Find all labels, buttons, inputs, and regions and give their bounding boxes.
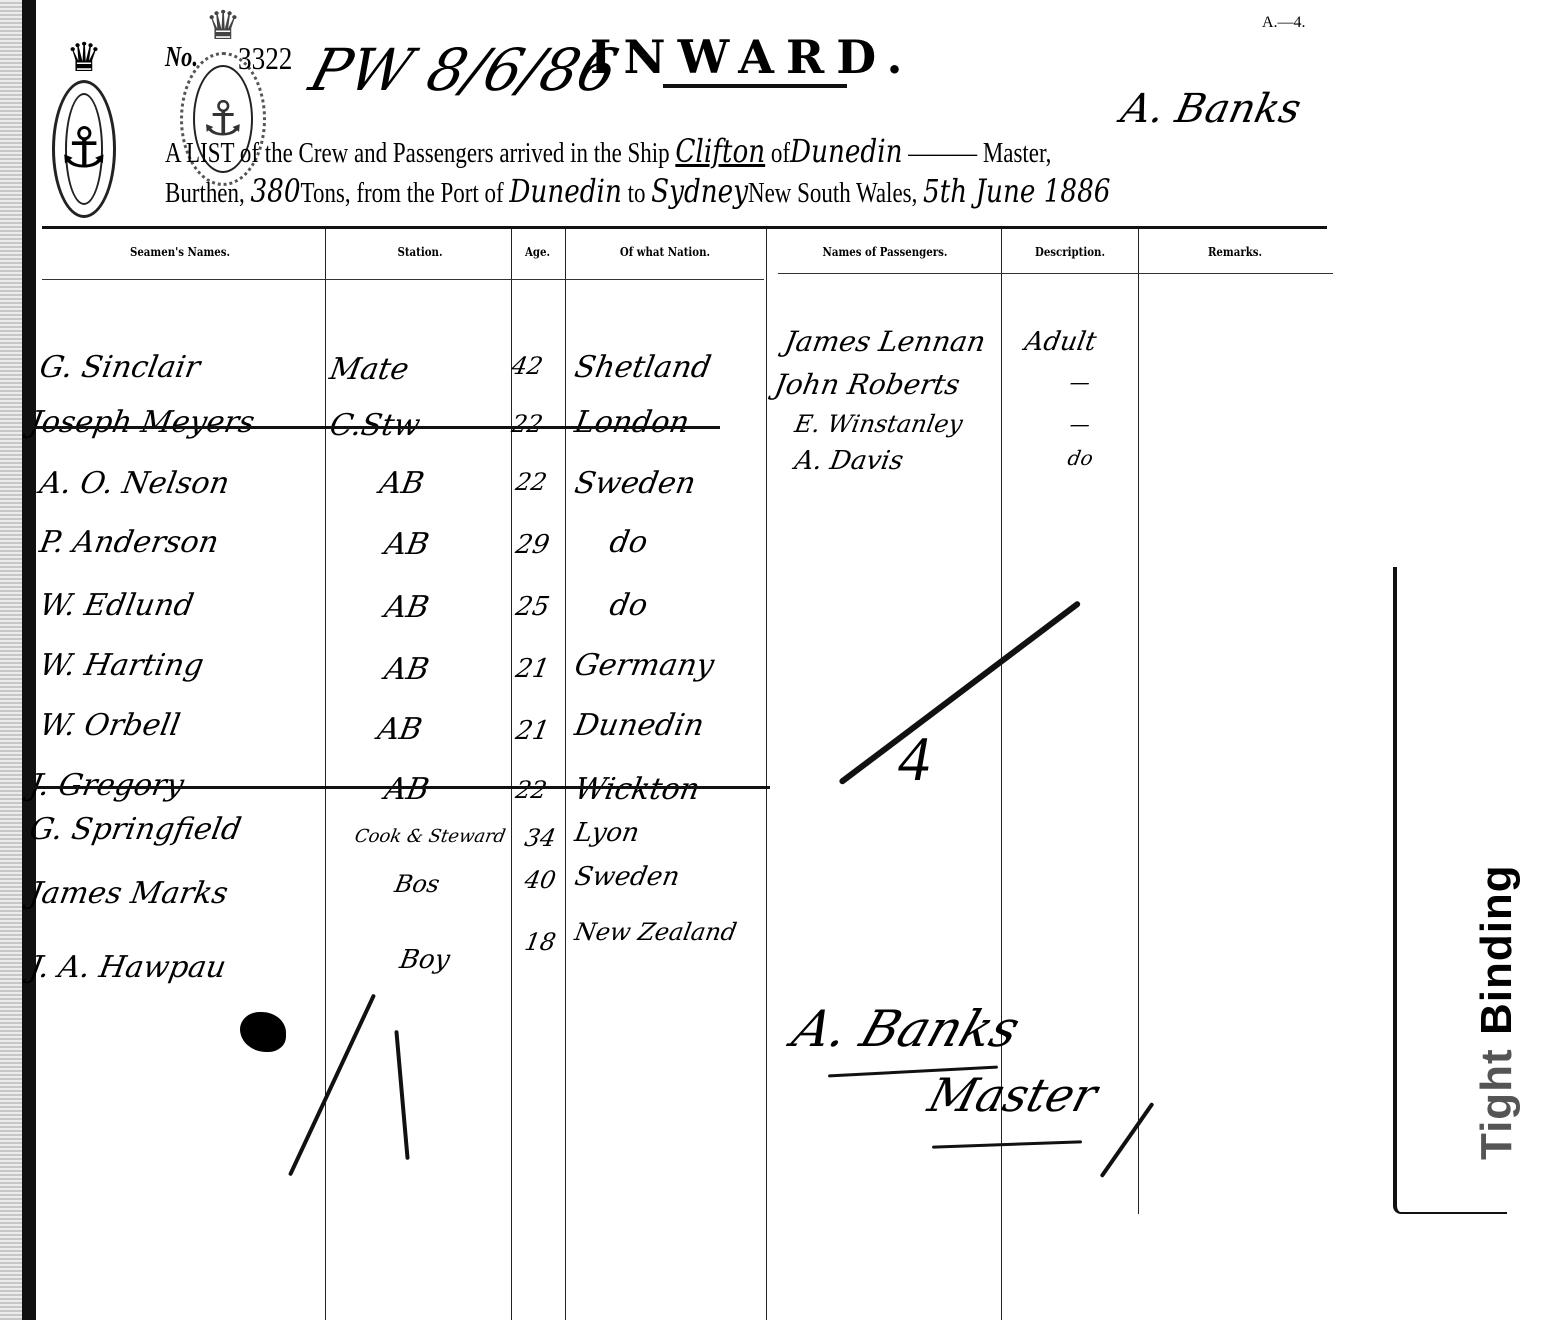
seaman-age: 29 [513, 530, 551, 560]
passenger-description: — [1068, 370, 1092, 394]
seaman-age: 21 [513, 654, 551, 684]
column-divider [565, 229, 566, 1320]
seaman-station: AB [375, 712, 425, 747]
master-label: Master, [983, 138, 1052, 169]
seaman-nation: Lyon [572, 818, 641, 848]
pen-scrawl [394, 1030, 409, 1160]
passenger-description: — [1068, 412, 1092, 436]
seaman-name: W. Harting [37, 648, 206, 683]
seaman-station: AB [382, 590, 432, 625]
signature-title-underline [932, 1140, 1082, 1148]
seaman-nation: New Zealand [573, 918, 739, 946]
tons-label: Tons, from the Port of [301, 178, 504, 209]
header-remarks: Remarks. [1176, 245, 1295, 259]
seaman-age: 22 [514, 776, 549, 804]
seaman-station: Boy [397, 945, 452, 975]
seaman-station: AB [382, 652, 432, 687]
seaman-nation: London [572, 405, 692, 440]
seaman-nation: Sweden [572, 466, 698, 501]
seaman-age: 18 [523, 928, 558, 956]
seaman-station: Bos [393, 870, 442, 898]
seaman-station: AB [377, 466, 427, 501]
strikethrough [30, 426, 720, 429]
crown-icon: ♛ [205, 3, 241, 49]
column-divider [325, 229, 326, 1320]
burthen-label: Burthen, [165, 178, 245, 209]
seaman-age: 22 [514, 468, 549, 496]
master-signature: A. Banks [786, 1000, 1027, 1058]
master-name: A. Banks [1117, 86, 1305, 132]
passenger-name: E. Winstanley [793, 410, 965, 438]
tight-binding-faded-word: Tight [1472, 1048, 1521, 1160]
page-title: INWARD. [590, 30, 914, 84]
seaman-station: AB [382, 772, 432, 807]
seaman-name: W. Edlund [37, 588, 196, 623]
header-description: Description. [1028, 245, 1113, 259]
region: New South Wales, [748, 178, 917, 209]
ship-name: Clifton [675, 132, 765, 170]
seaman-name: P. Anderson [37, 525, 221, 560]
shipping-masters-seal: ♛ ⚓ [52, 80, 116, 218]
crown-icon: ♛ [66, 35, 102, 81]
passenger-description: do [1066, 446, 1095, 470]
seaman-station: Mate [327, 352, 412, 387]
seaman-station: AB [382, 527, 432, 562]
closing-slash-mark [838, 600, 1081, 785]
from-port: Dunedin [509, 172, 621, 210]
seaman-nation: Wickton [572, 772, 702, 807]
seaman-nation: do [607, 525, 650, 560]
seaman-nation: Germany [572, 648, 717, 683]
pen-flourish [1100, 1102, 1155, 1178]
header-line-2: Burthen, 380Tons, from the Port of Duned… [165, 172, 1110, 210]
seaman-age: 21 [513, 716, 551, 746]
seaman-age: 22 [510, 410, 545, 438]
pen-scrawl [288, 994, 376, 1177]
passenger-description: Adult [1022, 327, 1098, 357]
column-divider [766, 229, 767, 1320]
seaman-age: 34 [523, 824, 558, 852]
signature-title: Master [923, 1068, 1103, 1122]
seaman-age: 25 [513, 592, 551, 622]
header-station: Station. [373, 245, 467, 259]
seaman-name: G. Sinclair [37, 350, 203, 385]
handwritten-initials-date: PW 8/6/86 [303, 36, 625, 104]
home-port: Dunedin [790, 132, 902, 170]
header-age: Age. [518, 245, 556, 259]
passenger-name: John Roberts [772, 368, 962, 401]
passenger-name: A. Davis [792, 446, 905, 476]
seaman-name: Joseph Meyers [27, 405, 257, 440]
list-number: 3322 [238, 40, 292, 77]
anchor-icon: ⚓ [59, 121, 109, 177]
header-seamen-names: Seamen's Names. [112, 245, 248, 259]
header-rule [42, 226, 1327, 229]
seaman-nation: Sweden [572, 862, 682, 892]
list-prefix: A LIST of the Crew and Passengers arrive… [165, 138, 670, 169]
header-line-1: A LIST of the Crew and Passengers arrive… [165, 132, 1051, 170]
seaman-name: W. Orbell [37, 708, 183, 743]
column-divider [511, 229, 512, 1320]
ink-blot [240, 1012, 286, 1052]
header-nation: Of what Nation. [606, 245, 725, 259]
seaman-age: 40 [523, 866, 558, 894]
seaman-name: J. A. Hawpau [27, 950, 229, 985]
seaman-name: James Marks [27, 876, 231, 911]
seaman-age: 42 [510, 352, 545, 380]
list-number-label: No. [165, 42, 198, 74]
arrival-date: 5th June 1886 [923, 172, 1110, 210]
header-bottom-rule [778, 273, 1333, 274]
strikethrough [30, 786, 770, 789]
binding-edge [22, 0, 36, 1320]
header-bottom-rule [42, 279, 764, 280]
seaman-name: A. O. Nelson [37, 466, 232, 501]
form-number: A.—4. [1262, 14, 1306, 32]
column-divider [1001, 229, 1002, 1320]
to-label: to [628, 178, 646, 209]
tight-binding-word: Binding [1472, 864, 1521, 1035]
to-port: Sydney [651, 172, 748, 210]
seaman-nation: Dunedin [572, 708, 707, 743]
title-underline [663, 84, 847, 88]
seaman-name: G. Springfield [27, 812, 244, 847]
tonnage: 380 [250, 172, 300, 210]
column-divider [1138, 229, 1139, 1214]
passenger-name: James Lennan [782, 325, 988, 358]
seaman-nation: do [607, 588, 650, 623]
of-label: of [771, 138, 790, 169]
header-passenger-names: Names of Passengers. [813, 245, 958, 259]
seaman-station: Cook & Steward [353, 826, 507, 847]
tight-binding-label: Tight Binding [1472, 864, 1522, 1160]
seaman-nation: Shetland [572, 350, 714, 385]
